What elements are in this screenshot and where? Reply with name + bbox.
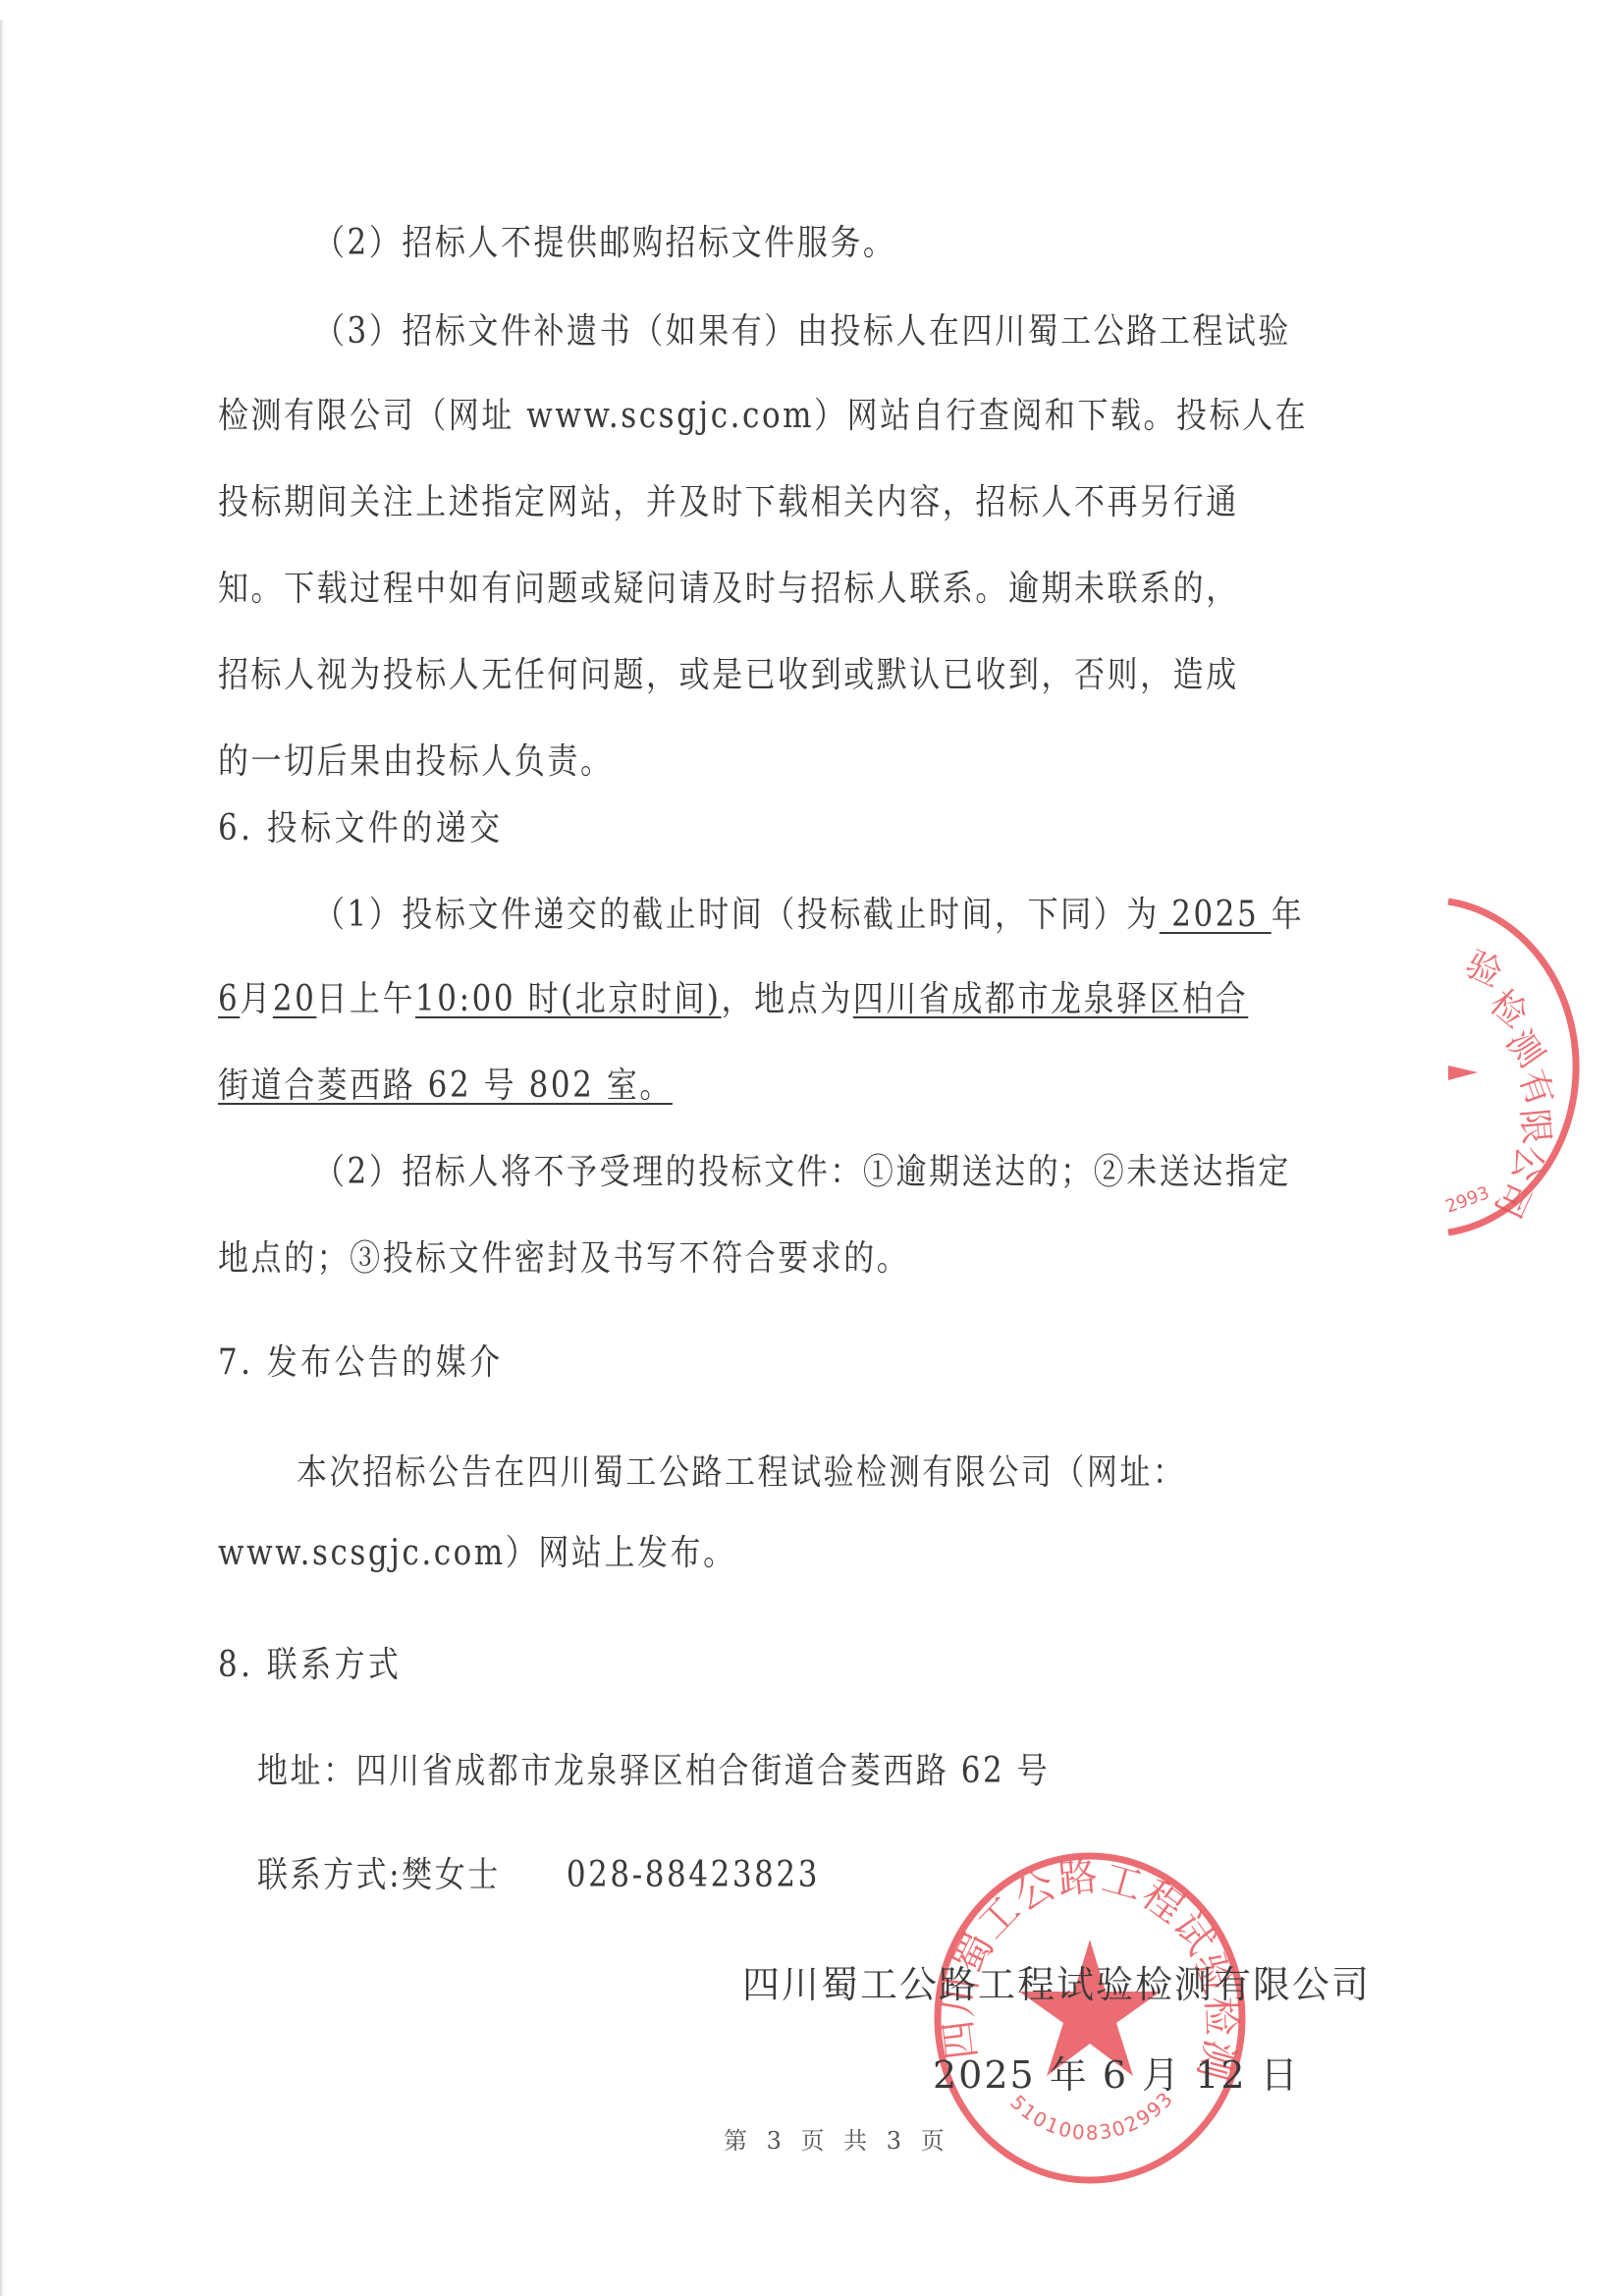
place-line-1: 四川省成都市龙泉驿区柏合 [853, 979, 1248, 1019]
contact-person-phone: 联系方式:樊女士 028-88423823 [257, 1854, 820, 1897]
paragraph-item-3-line: 的一切后果由投标人负责。 [218, 740, 613, 784]
document-page: （2）招标人不提供邮购招标文件服务。 （3）招标文件补遗书（如果有）由投标人在四… [0, 0, 1623, 2296]
company-seal-stamp: 四川蜀工公路工程试验检测有限公司 5101008302993 [923, 1846, 1257, 2190]
deadline-day: 20 [273, 979, 317, 1019]
paragraph-item-3-line: 检测有限公司（网址 www.scsgjc.com）网站自行查阅和下载。投标人在 [218, 395, 1308, 438]
svg-text:测: 测 [1498, 1023, 1551, 1075]
deadline-month: 6 [218, 979, 240, 1019]
deadline-month-unit: 月 [240, 979, 273, 1019]
deadline-year: 2025 [1160, 895, 1271, 935]
submission-deadline-line-1: （1）投标文件递交的截止时间（投标截止时间，下同）为 2025 年 [314, 894, 1304, 937]
svg-text:限: 限 [1513, 1107, 1556, 1145]
page-number-footer: 第 3 页 共 3 页 [724, 2126, 950, 2156]
deadline-year-unit: 年 [1271, 895, 1305, 935]
submission-place-line: 街道合菱西路 62 号 802 室。 [218, 1065, 673, 1108]
section-6-heading: 6. 投标文件的递交 [218, 807, 504, 850]
svg-text:司: 司 [1487, 1175, 1538, 1224]
signature-company-name: 四川蜀工公路工程试验检测有限公司 [742, 1962, 1371, 2007]
paragraph-item-3-line: 投标期间关注上述指定网站，并及时下载相关内容，招标人不再另行通 [218, 481, 1239, 524]
edge-seal-stamp: 验 检 测 有 限 公 司 2993 [1429, 894, 1623, 1247]
deadline-time: 10:00 时(北京时间) [415, 979, 722, 1019]
submission-deadline-line-2: 6月20日上午10:00 时(北京时间)，地点为四川省成都市龙泉驿区柏合 [218, 978, 1248, 1021]
place-label: ，地点为 [722, 979, 853, 1019]
svg-text:检: 检 [1482, 982, 1535, 1036]
rejection-criteria-line-1: （2）招标人将不予受理的投标文件：①逾期送达的；②未送达指定 [314, 1151, 1291, 1194]
rejection-criteria-line-2: 地点的；③投标文件密封及书写不符合要求的。 [218, 1237, 909, 1281]
svg-text:公: 公 [1504, 1142, 1550, 1184]
publication-line-1: 本次招标公告在四川蜀工公路工程试验检测有限公司（网址： [297, 1451, 1186, 1495]
contact-address: 地址：四川省成都市龙泉驿区柏合街道合菱西路 62 号 [257, 1750, 1050, 1793]
place-line-2: 街道合菱西路 62 号 802 室。 [218, 1066, 673, 1106]
svg-text:有: 有 [1511, 1065, 1561, 1112]
deadline-day-unit: 日上午 [316, 979, 415, 1019]
paragraph-item-3-line: 招标人视为投标人无任何问题，或是已收到或默认已收到，否则，造成 [218, 654, 1239, 697]
signature-date: 2025 年 6 月 12 日 [933, 2052, 1300, 2098]
section-7-heading: 7. 发布公告的媒介 [218, 1341, 504, 1385]
paragraph-item-3-line: 知。下载过程中如有问题或疑问请及时与招标人联系。逾期未联系的， [218, 568, 1239, 611]
deadline-prefix: （1）投标文件递交的截止时间（投标截止时间，下同）为 [314, 895, 1160, 935]
scan-edge-shadow [0, 20, 4, 2296]
publication-line-2: www.scsgjc.com）网站上发布。 [218, 1532, 736, 1575]
section-8-heading: 8. 联系方式 [218, 1644, 402, 1687]
svg-text:2993: 2993 [1443, 1182, 1492, 1217]
paragraph-item-3-line: （3）招标文件补遗书（如果有）由投标人在四川蜀工公路工程试验 [314, 310, 1291, 354]
paragraph-item-2: （2）招标人不提供邮购招标文件服务。 [314, 222, 895, 265]
svg-text:验: 验 [1459, 944, 1508, 995]
